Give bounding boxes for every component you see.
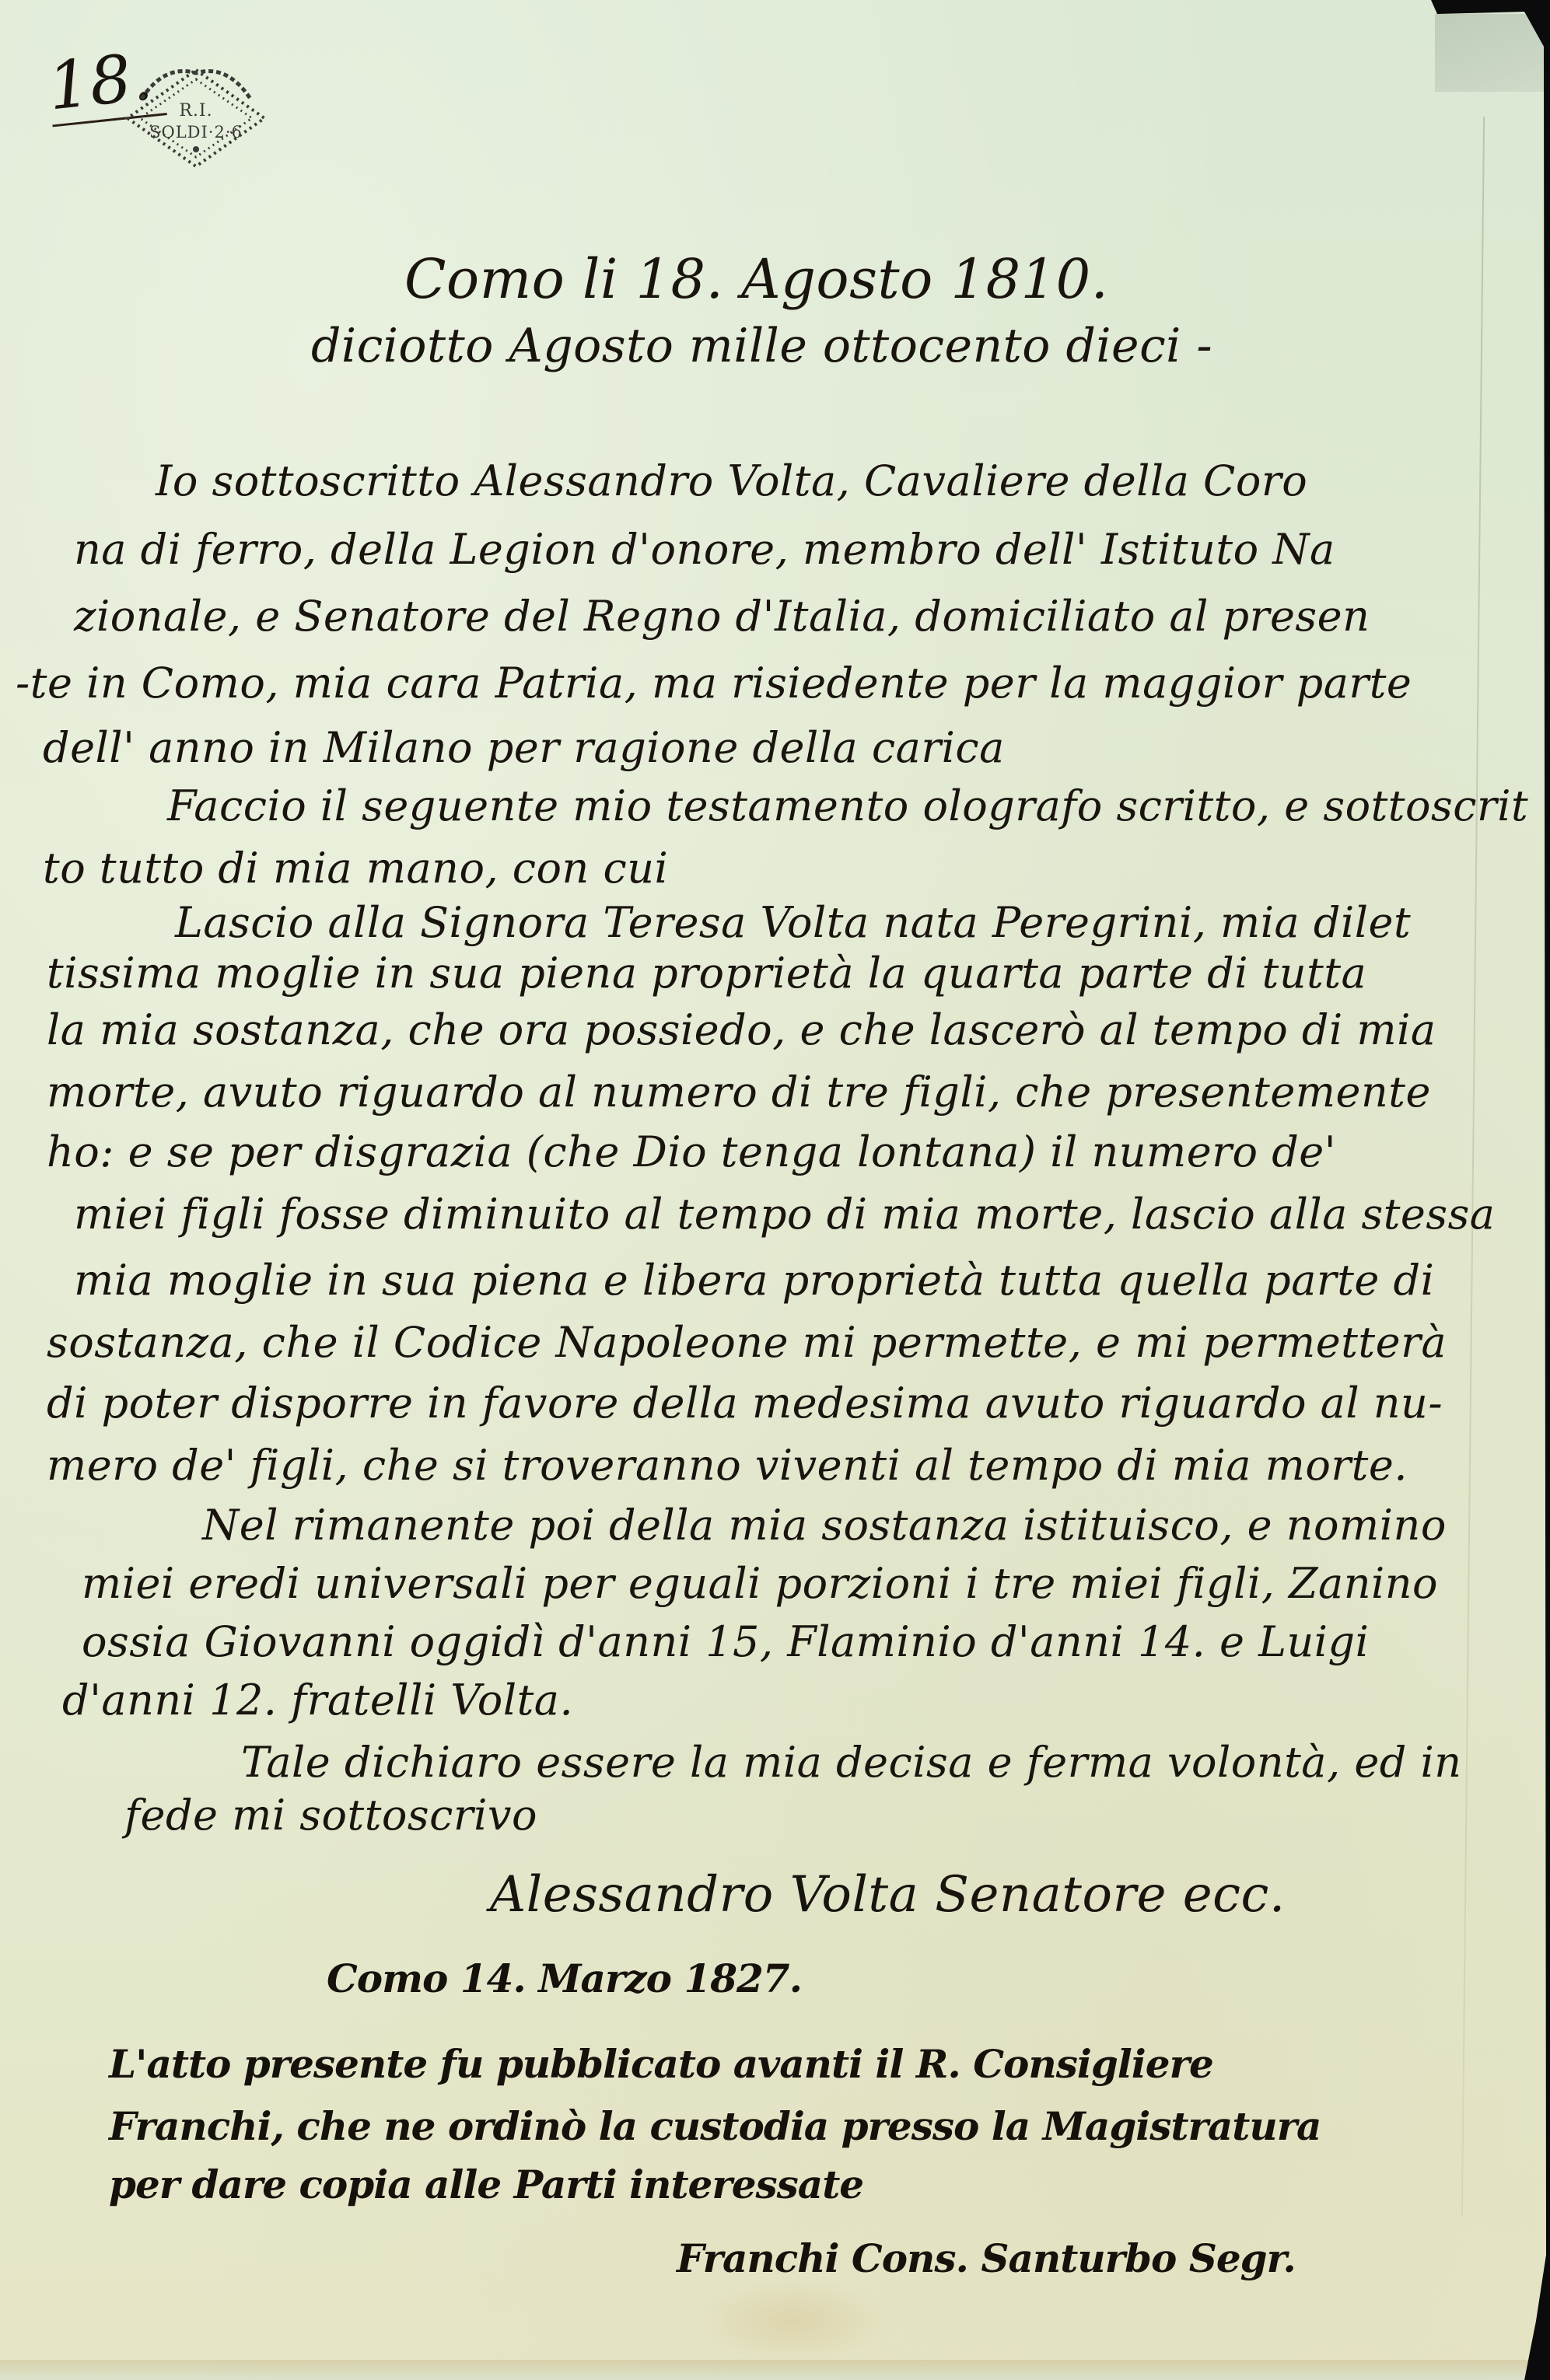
- stamp-top-text: R.I.: [118, 101, 274, 121]
- notarial-note-line: L'atto presente fu pubblicato avanti il …: [109, 2045, 1213, 2084]
- heading-date-line: Como li 18. Agosto 1810.: [404, 247, 1108, 311]
- body-line: sostanza, che il Codice Napoleone mi per…: [47, 1322, 1447, 1364]
- body-line: mero de' figli, che si troveranno vivent…: [47, 1445, 1408, 1487]
- paper-corner-fold: [1435, 14, 1544, 92]
- revenue-stamp: R.I. SOLDI·2·6: [118, 56, 274, 173]
- body-line: fede mi sottoscrivo: [124, 1795, 537, 1837]
- heading-date-in-words: diciotto Agosto mille ottocento dieci -: [311, 319, 1212, 373]
- paper-fold-line: [1461, 117, 1485, 2216]
- body-line: d'anni 12. fratelli Volta.: [62, 1679, 573, 1721]
- body-line: Faccio il seguente mio testamento ologra…: [167, 785, 1528, 827]
- body-line: morte, avuto riguardo al numero di tre f…: [47, 1071, 1431, 1113]
- notarial-note-line: Franchi, che ne ordinò la custodia press…: [109, 2107, 1321, 2146]
- body-line: Lascio alla Signora Teresa Volta nata Pe…: [175, 902, 1411, 944]
- water-stain: [692, 2278, 894, 2364]
- stamp-value-text: SOLDI·2·6: [118, 123, 274, 142]
- body-line: -te in Como, mia cara Patria, ma risiede…: [16, 662, 1412, 704]
- body-line: Nel rimanente poi della mia sostanza ist…: [202, 1505, 1447, 1546]
- notarial-note-line: per dare copia alle Parti interessate: [109, 2165, 863, 2204]
- body-line: tissima moglie in sua piena proprietà la…: [47, 952, 1366, 994]
- body-line: miei eredi universali per eguali porzion…: [82, 1563, 1438, 1605]
- body-line: ho: e se per disgrazia (che Dio tenga lo…: [47, 1131, 1336, 1173]
- notary-signature: Franchi Cons. Santurbo Segr.: [677, 2239, 1296, 2278]
- body-line: miei figli fosse diminuito al tempo di m…: [74, 1193, 1496, 1235]
- document-sheet: 18. R.I. SOLDI·2·6 Como li 18. Agosto 18…: [0, 0, 1550, 2380]
- body-line: ossia Giovanni oggidì d'anni 15, Flamini…: [82, 1621, 1369, 1663]
- body-line: Io sottoscritto Alessandro Volta, Cavali…: [156, 460, 1307, 502]
- body-line: mia moglie in sua piena e libera proprie…: [74, 1260, 1434, 1302]
- testator-signature: Alessandro Volta Senatore ecc.: [490, 1866, 1286, 1924]
- bottom-edge-stain: [0, 2360, 1550, 2380]
- body-line: na di ferro, della Legion d'onore, membr…: [74, 529, 1335, 571]
- body-line: la mia sostanza, che ora possiedo, e che…: [47, 1009, 1436, 1051]
- body-line: Tale dichiaro essere la mia decisa e fer…: [241, 1742, 1462, 1784]
- notarial-date-line: Como 14. Marzo 1827.: [327, 1959, 802, 1998]
- body-line: di poter disporre in favore della medesi…: [47, 1382, 1443, 1424]
- body-line: to tutto di mia mano, con cui: [43, 848, 668, 889]
- body-line: dell' anno in Milano per ragione della c…: [43, 727, 1005, 769]
- body-line: zionale, e Senatore del Regno d'Italia, …: [74, 596, 1370, 638]
